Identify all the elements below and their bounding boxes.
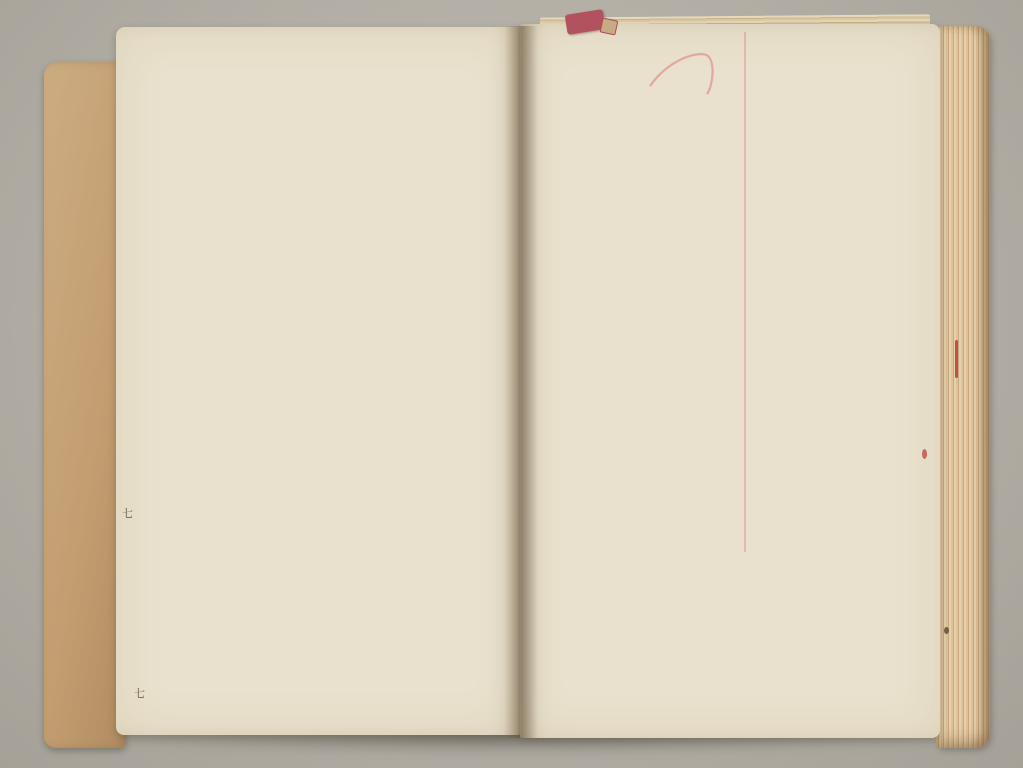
dark-edge-dot	[944, 627, 949, 634]
left-page-table	[125, 90, 512, 716]
page-number: 七	[122, 505, 133, 521]
page-number: 七	[134, 685, 145, 701]
page-stack-fore-edge	[936, 26, 990, 748]
left-page: 七 七	[116, 27, 520, 735]
red-edge-streak	[955, 340, 958, 378]
photo-background: 七 七	[0, 0, 1023, 768]
right-page-table	[534, 93, 920, 715]
red-bookmark-tab-tip	[600, 18, 619, 36]
right-page	[520, 24, 940, 738]
red-pencil-mark	[640, 46, 724, 100]
book-gutter-shadow	[504, 26, 538, 738]
pink-crease-line	[744, 32, 746, 552]
book-cover-flap	[44, 62, 126, 748]
red-edge-dot	[922, 449, 927, 459]
